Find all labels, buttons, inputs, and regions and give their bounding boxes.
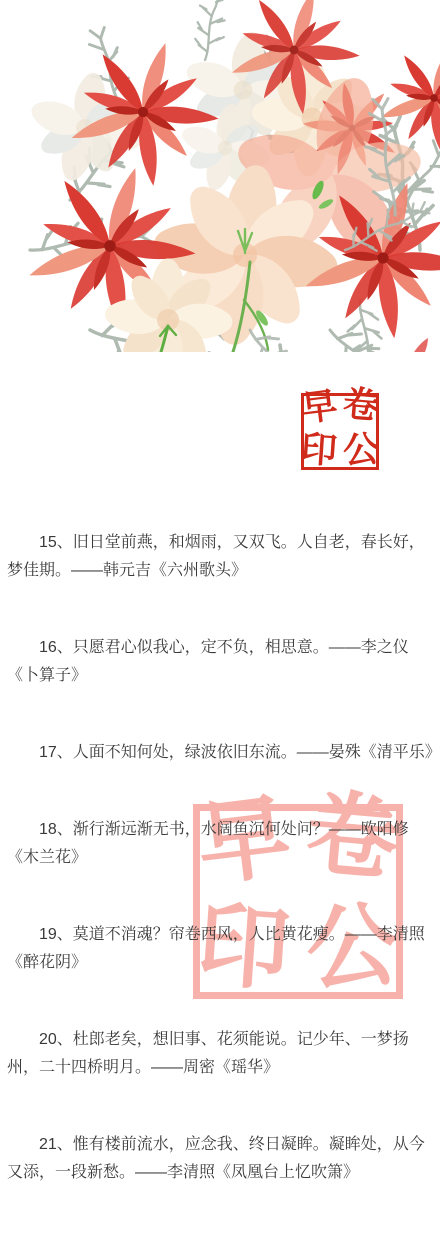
quote-item: 18、渐行渐远渐无书，水阔鱼沉何处问？——欧阳修《木兰花》 [7, 816, 433, 872]
seal-char-top-right: 卷 [338, 380, 384, 428]
seal-char-bottom-left: 印 [296, 426, 341, 474]
article-page: 早 卷 印 公 早 卷 印 公 15、旧日堂前燕，和烟雨，又双飞。人自老，春长好… [0, 0, 440, 1255]
seal-char-top-left: 早 [296, 382, 343, 432]
quote-item: 15、旧日堂前燕，和烟雨，又双飞。人自老，春长好，梦佳期。——韩元吉《六州歌头》 [7, 529, 433, 585]
red-seal-stamp: 早 卷 印 公 [298, 386, 382, 472]
quote-list: 早 卷 印 公 15、旧日堂前燕，和烟雨，又双飞。人自老，春长好，梦佳期。——韩… [0, 529, 440, 1229]
flower-bouquet-illustration [0, 0, 440, 352]
quote-item: 17、人面不知何处，绿波依旧东流。——晏殊《清平乐》 [7, 739, 433, 767]
flower-bouquet-svg [0, 0, 440, 352]
quote-item: 21、惟有楼前流水，应念我、终日凝眸。凝眸处，从今又添，一段新愁。——李清照《凤… [7, 1131, 433, 1187]
quote-item: 19、莫道不消魂？帘卷西风，人比黄花瘦。——李清照《醉花阴》 [7, 921, 433, 977]
quote-item: 20、杜郎老矣，想旧事、花须能说。记少年、一梦扬州，二十四桥明月。——周密《瑶华… [7, 1026, 433, 1082]
quote-item: 16、只愿君心似我心，定不负，相思意。——李之仪《卜算子》 [7, 634, 433, 690]
seal-char-bottom-right: 公 [338, 426, 383, 474]
